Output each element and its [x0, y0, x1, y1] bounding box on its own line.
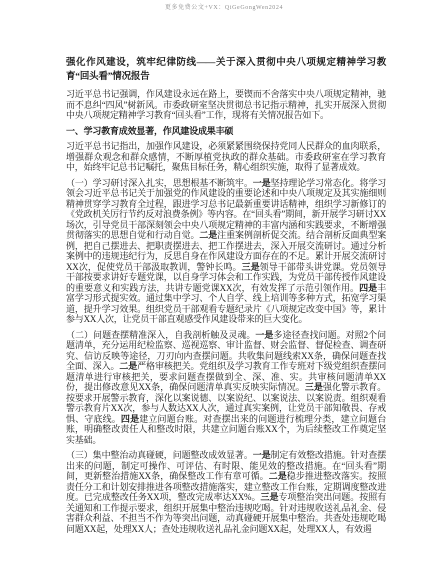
document-page: 更多免费公文+VX：QiGeGongWen2024 强化作风建设，筑牢纪律防线—…	[0, 0, 448, 580]
document-title: 强化作风建设，筑牢纪律防线——关于深入贯彻中央八项规定精神学习教育“回头看”情况…	[66, 57, 386, 84]
subsection-2-paragraph: （二）问题查摆精准深入，自我剖析触及灵魂。一是多途径查找问题。对照2个问题清单，…	[66, 330, 386, 446]
intro-paragraph: 习近平总书记强调，作风建设永远在路上，要锲而不舍落实中央八项规定精神，驰而不息纠…	[66, 89, 386, 121]
subsection-3-paragraph: （三）集中整治动真碰硬，问题整改成效显著。一是制定有效整改措施。针对查摆出来的问…	[66, 450, 386, 534]
subsection-1-paragraph: （一）学习研讨深入扎实，思想根基不断筑牢。一是坚持理论学习常态化。将学习领会习近…	[66, 178, 386, 325]
section-1-overview-paragraph: 习近平总书记指出，加强作风建设，必须紧紧围绕保持党同人民群众的血肉联系，增强群众…	[66, 141, 386, 173]
section-1-heading: 一、学习教育成效显著，作风建设成果丰硕	[66, 126, 386, 137]
watermark-text: 更多免费公文+VX：QiGeGongWen2024	[0, 4, 448, 12]
